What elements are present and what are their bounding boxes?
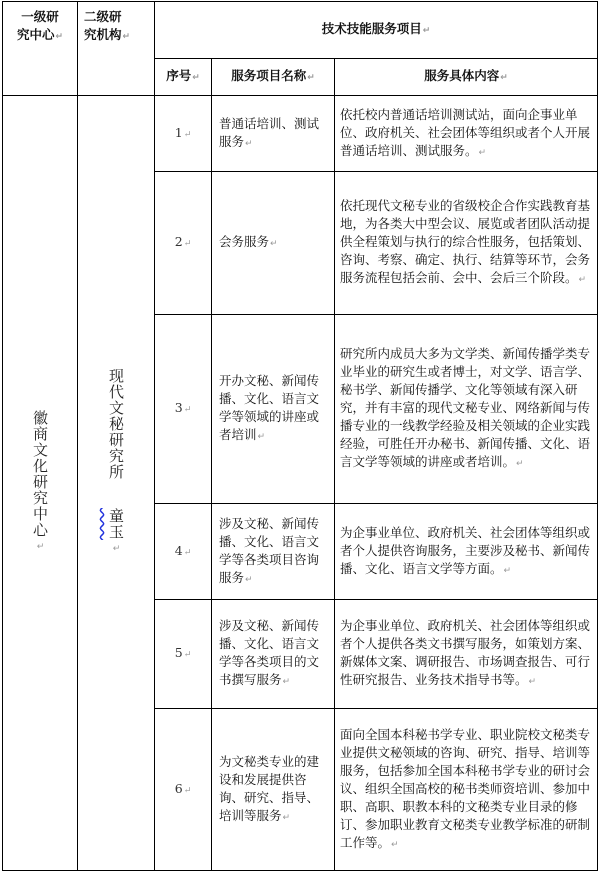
paragraph-mark-icon: ↵ <box>529 677 537 687</box>
paragraph-mark-icon: ↵ <box>192 73 200 83</box>
paragraph-mark-icon: ↵ <box>479 148 487 158</box>
paragraph-mark-icon: ↵ <box>55 32 63 42</box>
paragraph-mark-icon: ↵ <box>283 813 291 823</box>
paragraph-mark-icon: ↵ <box>579 275 587 285</box>
paragraph-mark-icon: ↵ <box>184 786 192 796</box>
paragraph-mark-icon: ↵ <box>500 73 508 83</box>
row-service-content: 为企事业单位、政府机关、社会团体等组织或者个人提供各类文书撰写服务，如策划方案、… <box>335 600 598 709</box>
paragraph-mark-icon: ↵ <box>245 575 253 585</box>
paragraph-mark-icon: ↵ <box>184 130 192 140</box>
paragraph-mark-icon: ↵ <box>258 432 266 442</box>
header-service-content: 服务具体内容↵ <box>335 59 598 96</box>
paragraph-mark-icon: ↵ <box>184 650 192 660</box>
table-row: 徽商文化研究中心 ↵ 现代文秘研究所 童玉 ↵ 1↵ 普通话培训、测试服务↵ 依… <box>3 96 598 172</box>
paragraph-mark-icon: ↵ <box>184 239 192 249</box>
header-level1-line1: 一级研 <box>3 8 77 26</box>
paragraph-mark-icon: ↵ <box>283 677 291 687</box>
row-service-name: 会务服务↵ <box>212 172 335 315</box>
paragraph-mark-icon: ↵ <box>184 405 192 415</box>
paragraph-mark-icon: ↵ <box>270 239 278 249</box>
row-index: 3↵ <box>155 315 212 504</box>
row-index: 5↵ <box>155 600 212 709</box>
paragraph-mark-icon: ↵ <box>423 26 431 36</box>
header-level2-line2: 究机构↵ <box>84 26 154 46</box>
paragraph-mark-icon: ↵ <box>391 840 399 850</box>
paragraph-mark-icon: ↵ <box>37 538 45 556</box>
row-service-name: 涉及文秘、新闻传播、文化、语言文学等各类项目的文书撰写服务↵ <box>212 600 335 709</box>
person-name: 童玉 <box>107 508 125 540</box>
header-level2-institute: 二级研 究机构↵ <box>78 2 155 96</box>
row-service-content: 为企事业单位、政府机关、社会团体等组织或者个人提供咨询服务，主要涉及秘书、新闻传… <box>335 504 598 600</box>
level2-institute-cell: 现代文秘研究所 童玉 ↵ <box>78 96 155 871</box>
row-service-content: 依托现代文秘专业的省级校企合作实践教育基地，为各类大中型会议、展览或者团队活动提… <box>335 172 598 315</box>
header-level2-line1: 二级研 <box>84 8 154 26</box>
row-service-content: 研究所内成员大多为文学类、新闻传播学类专业毕业的研究生或者博士，对文学、语言学、… <box>335 315 598 504</box>
service-projects-table: 一级研 究中心↵ 二级研 究机构↵ 技术技能服务项目↵ 序号↵ 服务项目名称↵ … <box>2 1 598 871</box>
row-index: 1↵ <box>155 96 212 172</box>
header-service-name: 服务项目名称↵ <box>212 59 335 96</box>
paragraph-mark-icon: ↵ <box>245 139 253 149</box>
row-service-content: 面向全国本科秘书学专业、职业院校文秘类专业提供文秘领域的咨询、研究、指导、培训等… <box>335 709 598 871</box>
paragraph-mark-icon: ↵ <box>504 566 512 576</box>
header-row-1: 一级研 究中心↵ 二级研 究机构↵ 技术技能服务项目↵ <box>3 2 598 59</box>
row-service-name: 普通话培训、测试服务↵ <box>212 96 335 172</box>
header-level1-line2: 究中心↵ <box>3 26 77 46</box>
paragraph-mark-icon: ↵ <box>516 459 524 469</box>
level2-institute-name: 现代文秘研究所 <box>107 368 125 480</box>
level1-center-cell: 徽商文化研究中心 ↵ <box>3 96 78 871</box>
header-level1-center: 一级研 究中心↵ <box>3 2 78 96</box>
row-service-name: 为文秘类专业的建设和发展提供咨询、研究、指导、培训等服务↵ <box>212 709 335 871</box>
paragraph-mark-icon: ↵ <box>113 540 121 558</box>
row-service-content: 依托校内普通话培训测试站，面向企事业单位、政府机关、社会团体等组织或者个人开展普… <box>335 96 598 172</box>
paragraph-mark-icon: ↵ <box>184 548 192 558</box>
header-group-title: 技术技能服务项目↵ <box>155 2 598 59</box>
paragraph-mark-icon: ↵ <box>123 32 131 42</box>
level1-center-name: 徽商文化研究中心 <box>31 410 49 538</box>
row-index: 2↵ <box>155 172 212 315</box>
row-service-name: 开办文秘、新闻传播、文化、语言文学等领域的讲座或者培训↵ <box>212 315 335 504</box>
row-index: 6↵ <box>155 709 212 871</box>
row-service-name: 涉及文秘、新闻传播、文化、语言文学等各类项目咨询服务↵ <box>212 504 335 600</box>
row-index: 4↵ <box>155 504 212 600</box>
paragraph-mark-icon: ↵ <box>307 73 315 83</box>
header-index: 序号↵ <box>155 59 212 96</box>
